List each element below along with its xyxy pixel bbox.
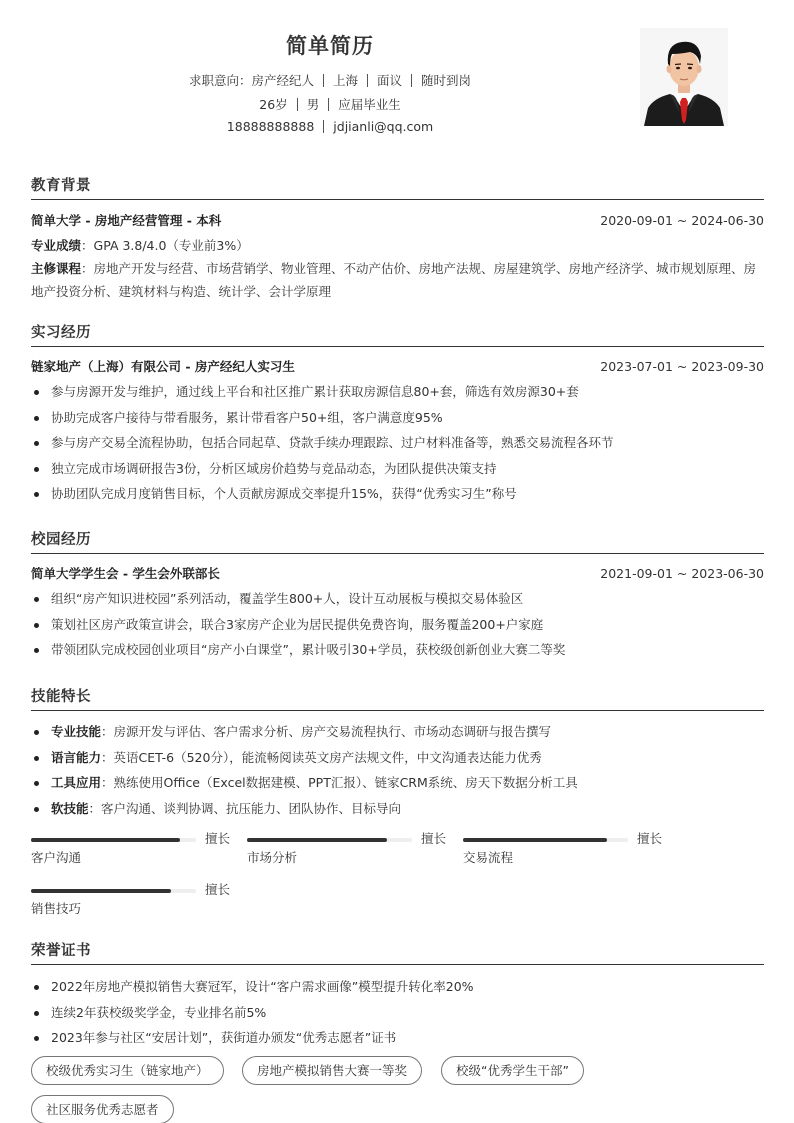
campus-heading: 简单大学学生会 - 学生会外联部长 xyxy=(31,561,220,586)
section-title: 荣誉证书 xyxy=(31,939,764,961)
list-item: 2022年房地产模拟销售大赛冠军，设计“客户需求画像”模型提升转化率20% xyxy=(31,974,764,1000)
skill-bar-track xyxy=(247,838,412,842)
section-title: 实习经历 xyxy=(31,321,764,343)
honor-tag: 校级优秀实习生（链家地产） xyxy=(31,1056,224,1085)
skill-level: 擅长 xyxy=(637,831,662,847)
divider xyxy=(297,98,298,111)
list-item: 协助团队完成月度销售目标，个人贡献房源成交率提升15%，获得“优秀实习生”称号 xyxy=(31,481,764,507)
resume-name: 简单简历 xyxy=(0,30,660,60)
availability: 随时到岗 xyxy=(421,73,471,88)
divider xyxy=(367,74,368,87)
list-item: 工具应用：熟练使用Office（Excel数据建模、PPT汇报）、链家CRM系统… xyxy=(31,770,764,796)
courses-line: 主修课程：房地产开发与经营、市场营销学、物业管理、不动产估价、房地产法规、房屋建… xyxy=(31,257,764,303)
section-divider xyxy=(31,553,764,554)
honor-tag: 房地产模拟销售大赛一等奖 xyxy=(242,1056,422,1085)
skill-bar-fill xyxy=(247,838,387,842)
courses-label: 主修课程 xyxy=(31,261,81,276)
list-item: 协助完成客户接待与带看服务，累计带看客户50+组，客户满意度95% xyxy=(31,405,764,431)
section-divider xyxy=(31,199,764,200)
list-item: 2023年参与社区“安居计划”，获街道办颁发“优秀志愿者”证书 xyxy=(31,1025,764,1051)
skill-bar-customer-communication: 擅长 客户沟通 xyxy=(31,831,231,871)
skill-bar-market-analysis: 擅长 市场分析 xyxy=(247,831,447,871)
honor-tag: 校级“优秀学生干部” xyxy=(441,1056,584,1085)
honor-tag: 社区服务优秀志愿者 xyxy=(31,1095,174,1123)
skill-label: 语言能力 xyxy=(51,750,101,765)
gpa-line: 专业成绩：GPA 3.8/4.0（专业前3%） xyxy=(31,234,764,257)
skill-text: ：客户沟通、谈判协调、抗压能力、团队协作、目标导向 xyxy=(89,801,402,816)
section-divider xyxy=(31,710,764,711)
list-item: 策划社区房产政策宣讲会，联合3家房产企业为居民提供免费咨询，服务覆盖200+户家… xyxy=(31,612,764,638)
city: 上海 xyxy=(333,73,358,88)
section-title: 技能特长 xyxy=(31,685,764,707)
skill-name: 销售技巧 xyxy=(31,901,81,917)
skill-bar-sales-skills: 擅长 销售技巧 xyxy=(31,882,231,922)
resume-header: 简单简历 求职意向：房产经纪人上海面议随时到岗 26岁男应届毕业生 188888… xyxy=(0,0,794,150)
skill-bar-fill xyxy=(31,889,171,893)
education-heading: 简单大学 - 房地产经营管理 - 本科 xyxy=(31,208,221,233)
age: 26岁 xyxy=(259,97,287,112)
list-item: 组织“房产知识进校园”系列活动，覆盖学生800+人，设计互动展板与模拟交易体验区 xyxy=(31,586,764,612)
campus-dates: 2021-09-01 ~ 2023-06-30 xyxy=(600,561,764,586)
list-item: 软技能：客户沟通、谈判协调、抗压能力、团队协作、目标导向 xyxy=(31,796,764,822)
skill-bar-track xyxy=(31,889,196,893)
skill-text: ：房源开发与评估、客户需求分析、房产交易流程执行、市场动态调研与报告撰写 xyxy=(101,724,551,739)
list-item: 语言能力：英语CET-6（520分），能流畅阅读英文房产法规文件，中文沟通表达能… xyxy=(31,745,764,771)
list-item: 专业技能：房源开发与评估、客户需求分析、房产交易流程执行、市场动态调研与报告撰写 xyxy=(31,719,764,745)
divider xyxy=(323,120,324,133)
section-divider xyxy=(31,346,764,347)
internship-heading: 链家地产（上海）有限公司 - 房产经纪人实习生 xyxy=(31,354,295,379)
internship-entry-header: 链家地产（上海）有限公司 - 房产经纪人实习生 2023-07-01 ~ 202… xyxy=(31,354,764,379)
section-honors: 荣誉证书 2022年房地产模拟销售大赛冠军，设计“客户需求画像”模型提升转化率2… xyxy=(31,939,764,1051)
email[interactable]: jdjianli@qq.com xyxy=(333,119,433,134)
skill-text: ：英语CET-6（520分），能流畅阅读英文房产法规文件，中文沟通表达能力优秀 xyxy=(101,750,542,765)
skill-level: 擅长 xyxy=(421,831,446,847)
personal-info-line: 26岁男应届毕业生 xyxy=(0,95,660,113)
skill-bar-fill xyxy=(31,838,180,842)
section-title: 教育背景 xyxy=(31,174,764,196)
section-education: 教育背景 简单大学 - 房地产经营管理 - 本科 2020-09-01 ~ 20… xyxy=(31,174,764,303)
contact-line: 18888888888jdjianli@qq.com xyxy=(0,119,660,134)
skills-bullets: 专业技能：房源开发与评估、客户需求分析、房产交易流程执行、市场动态调研与报告撰写… xyxy=(31,719,764,821)
education-entry-header: 简单大学 - 房地产经营管理 - 本科 2020-09-01 ~ 2024-06… xyxy=(31,208,764,233)
section-skills: 技能特长 专业技能：房源开发与评估、客户需求分析、房产交易流程执行、市场动态调研… xyxy=(31,685,764,821)
list-item: 参与房源开发与维护，通过线上平台和社区推广累计获取房源信息80+套，筛选有效房源… xyxy=(31,379,764,405)
divider xyxy=(411,74,412,87)
courses-value: ：房地产开发与经营、市场营销学、物业管理、不动产估价、房地产法规、房屋建筑学、房… xyxy=(31,261,756,299)
section-campus: 校园经历 简单大学学生会 - 学生会外联部长 2021-09-01 ~ 2023… xyxy=(31,528,764,663)
skill-label: 工具应用 xyxy=(51,775,101,790)
skill-level: 擅长 xyxy=(205,882,230,898)
skill-bar-transaction-process: 擅长 交易流程 xyxy=(463,831,663,871)
phone: 18888888888 xyxy=(227,119,314,134)
skill-label: 软技能 xyxy=(51,801,89,816)
list-item: 连续2年获校级奖学金，专业排名前5% xyxy=(31,1000,764,1026)
skill-label: 专业技能 xyxy=(51,724,101,739)
list-item: 独立完成市场调研报告3份，分析区域房价趋势与竞品动态，为团队提供决策支持 xyxy=(31,456,764,482)
honors-bullets: 2022年房地产模拟销售大赛冠军，设计“客户需求画像”模型提升转化率20% 连续… xyxy=(31,974,764,1051)
avatar-illustration-icon xyxy=(640,28,728,126)
divider xyxy=(328,98,329,111)
salary: 面议 xyxy=(377,73,402,88)
job-intention: 求职意向：房产经纪人 xyxy=(189,73,314,88)
internship-bullets: 参与房源开发与维护，通过线上平台和社区推广累计获取房源信息80+套，筛选有效房源… xyxy=(31,379,764,507)
section-title: 校园经历 xyxy=(31,528,764,550)
skill-text: ：熟练使用Office（Excel数据建模、PPT汇报）、链家CRM系统、房天下… xyxy=(101,775,578,790)
avatar xyxy=(640,28,728,126)
skill-name: 交易流程 xyxy=(463,850,513,866)
job-intention-line: 求职意向：房产经纪人上海面议随时到岗 xyxy=(0,71,660,89)
list-item: 带领团队完成校园创业项目“房产小白课堂”，累计吸引30+学员，获校级创新创业大赛… xyxy=(31,637,764,663)
skill-name: 客户沟通 xyxy=(31,850,81,866)
gpa-label: 专业成绩 xyxy=(31,238,81,253)
skill-level: 擅长 xyxy=(205,831,230,847)
skill-bar-track xyxy=(31,838,196,842)
campus-bullets: 组织“房产知识进校园”系列活动，覆盖学生800+人，设计互动展板与模拟交易体验区… xyxy=(31,586,764,663)
section-divider xyxy=(31,964,764,965)
internship-dates: 2023-07-01 ~ 2023-09-30 xyxy=(600,354,764,379)
gender: 男 xyxy=(307,97,320,112)
skill-bar-fill xyxy=(463,838,607,842)
status: 应届毕业生 xyxy=(338,97,401,112)
skill-bar-track xyxy=(463,838,628,842)
education-dates: 2020-09-01 ~ 2024-06-30 xyxy=(600,208,764,233)
list-item: 参与房产交易全流程协助，包括合同起草、贷款手续办理跟踪、过户材料准备等，熟悉交易… xyxy=(31,430,764,456)
section-internship: 实习经历 链家地产（上海）有限公司 - 房产经纪人实习生 2023-07-01 … xyxy=(31,321,764,507)
divider xyxy=(323,74,324,87)
skill-name: 市场分析 xyxy=(247,850,297,866)
campus-entry-header: 简单大学学生会 - 学生会外联部长 2021-09-01 ~ 2023-06-3… xyxy=(31,561,764,586)
gpa-value: ：GPA 3.8/4.0（专业前3%） xyxy=(81,238,249,253)
